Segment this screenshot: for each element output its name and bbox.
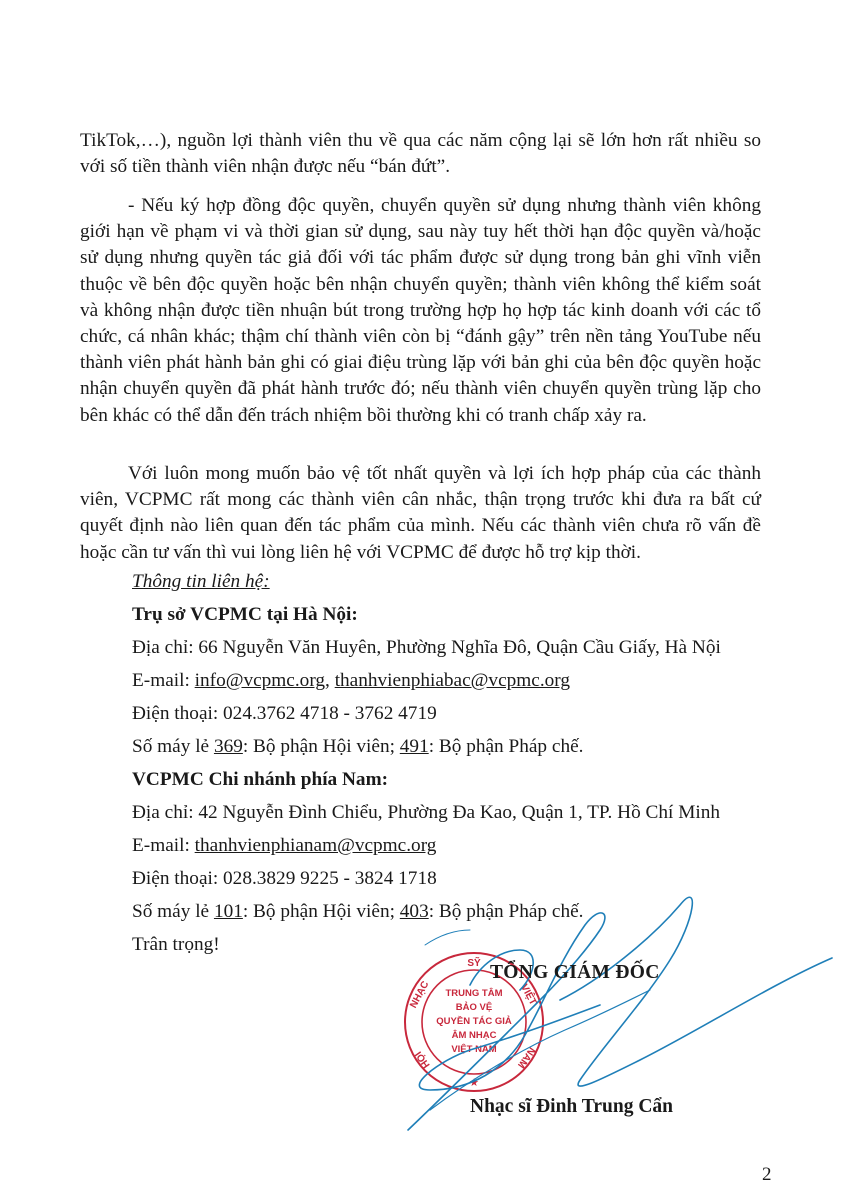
stamp-text-left: NHẠC [408, 979, 431, 1010]
stamp-inner-line: VIỆT NAM [451, 1043, 496, 1055]
south-heading: VCPMC Chi nhánh phía Nam: [132, 768, 388, 792]
stamp-text-top: SỸ [467, 956, 481, 969]
paragraph-exclusive-contract-text: - Nếu ký hợp đồng độc quyền, chuyển quyề… [80, 195, 761, 426]
south-ext-legal-number: 403 [400, 901, 429, 922]
stamp-inner-line: TRUNG TÂM [446, 987, 503, 999]
stamp-inner-line: BẢO VỆ [456, 1001, 492, 1013]
signatory-name: Nhạc sĩ Đinh Trung Cẩn [470, 1096, 673, 1118]
hanoi-address-value: 66 Nguyễn Văn Huyên, Phường Nghĩa Đô, Qu… [198, 637, 720, 658]
hanoi-email-separator: , [325, 670, 335, 691]
hanoi-email-link-members[interactable]: thanhvienphiabac@vcpmc.org [335, 670, 570, 691]
hanoi-email-label: E-mail: [132, 670, 195, 691]
stamp-inner-line: ÂM NHẠC [452, 1029, 497, 1041]
stamp-star-icon: ★ [469, 1077, 479, 1089]
south-phone-value: 028.3829 9225 - 3824 1718 [223, 868, 437, 889]
hanoi-email: E-mail: info@vcpmc.org, thanhvienphiabac… [132, 669, 570, 693]
south-phone: Điện thoại: 028.3829 9225 - 3824 1718 [132, 867, 437, 891]
south-phone-label: Điện thoại: [132, 868, 223, 889]
paragraph-exclusive-contract: - Nếu ký hợp đồng độc quyền, chuyển quyề… [80, 193, 761, 429]
paragraph-recommendation: Với luôn mong muốn bảo vệ tốt nhất quyền… [80, 461, 761, 566]
south-address-label: Địa chỉ: [132, 802, 198, 823]
stamp-text-bottom-right: NAM [515, 1045, 537, 1070]
south-ext-members-dept: : Bộ phận Hội viên; [243, 901, 400, 922]
stamp-text-right: VIỆT [518, 981, 540, 1007]
hanoi-ext-members-dept: : Bộ phận Hội viên; [243, 736, 400, 757]
south-extensions: Số máy lẻ 101: Bộ phận Hội viên; 403: Bộ… [132, 900, 583, 924]
south-ext-members-number: 101 [214, 901, 243, 922]
stamp-text-bottom-left: HỘI [412, 1049, 433, 1071]
hanoi-ext-legal-dept: : Bộ phận Pháp chế. [429, 736, 584, 757]
contact-heading: Thông tin liên hệ: [132, 570, 270, 594]
hanoi-ext-label: Số máy lẻ [132, 736, 214, 757]
south-address: Địa chỉ: 42 Nguyễn Đình Chiểu, Phường Đa… [132, 801, 720, 825]
hanoi-extensions: Số máy lẻ 369: Bộ phận Hội viên; 491: Bộ… [132, 735, 583, 759]
south-address-value: 42 Nguyễn Đình Chiểu, Phường Đa Kao, Quậ… [198, 802, 720, 823]
stamp-inner-text: TRUNG TÂMBẢO VỆQUYỀN TÁC GIẢÂM NHẠCVIỆT … [436, 987, 512, 1055]
south-ext-legal-dept: : Bộ phận Pháp chế. [429, 901, 584, 922]
closing-greeting: Trân trọng! [132, 933, 220, 957]
signatory-title: TỔNG GIÁM ĐỐC [490, 962, 660, 984]
south-ext-label: Số máy lẻ [132, 901, 214, 922]
hanoi-phone: Điện thoại: 024.3762 4718 - 3762 4719 [132, 702, 437, 726]
south-email: E-mail: thanhvienphianam@vcpmc.org [132, 834, 436, 858]
document-page: TikTok,…), nguồn lợi thành viên thu về q… [0, 0, 842, 1200]
south-email-link[interactable]: thanhvienphianam@vcpmc.org [195, 835, 437, 856]
south-email-label: E-mail: [132, 835, 195, 856]
page-number: 2 [762, 1164, 772, 1186]
hanoi-ext-legal-number: 491 [400, 736, 429, 757]
hanoi-address: Địa chỉ: 66 Nguyễn Văn Huyên, Phường Ngh… [132, 636, 721, 660]
hanoi-email-link-info[interactable]: info@vcpmc.org [195, 670, 325, 691]
hanoi-ext-members-number: 369 [214, 736, 243, 757]
paragraph-benefits: TikTok,…), nguồn lợi thành viên thu về q… [80, 128, 761, 180]
stamp-inner-line: QUYỀN TÁC GIẢ [436, 1015, 512, 1027]
hanoi-heading: Trụ sở VCPMC tại Hà Nội: [132, 603, 358, 627]
paragraph-recommendation-text: Với luôn mong muốn bảo vệ tốt nhất quyền… [80, 463, 761, 563]
hanoi-phone-label: Điện thoại: [132, 703, 223, 724]
hanoi-address-label: Địa chỉ: [132, 637, 198, 658]
stamp-inner-ring [422, 970, 526, 1074]
hanoi-phone-value: 024.3762 4718 - 3762 4719 [223, 703, 437, 724]
